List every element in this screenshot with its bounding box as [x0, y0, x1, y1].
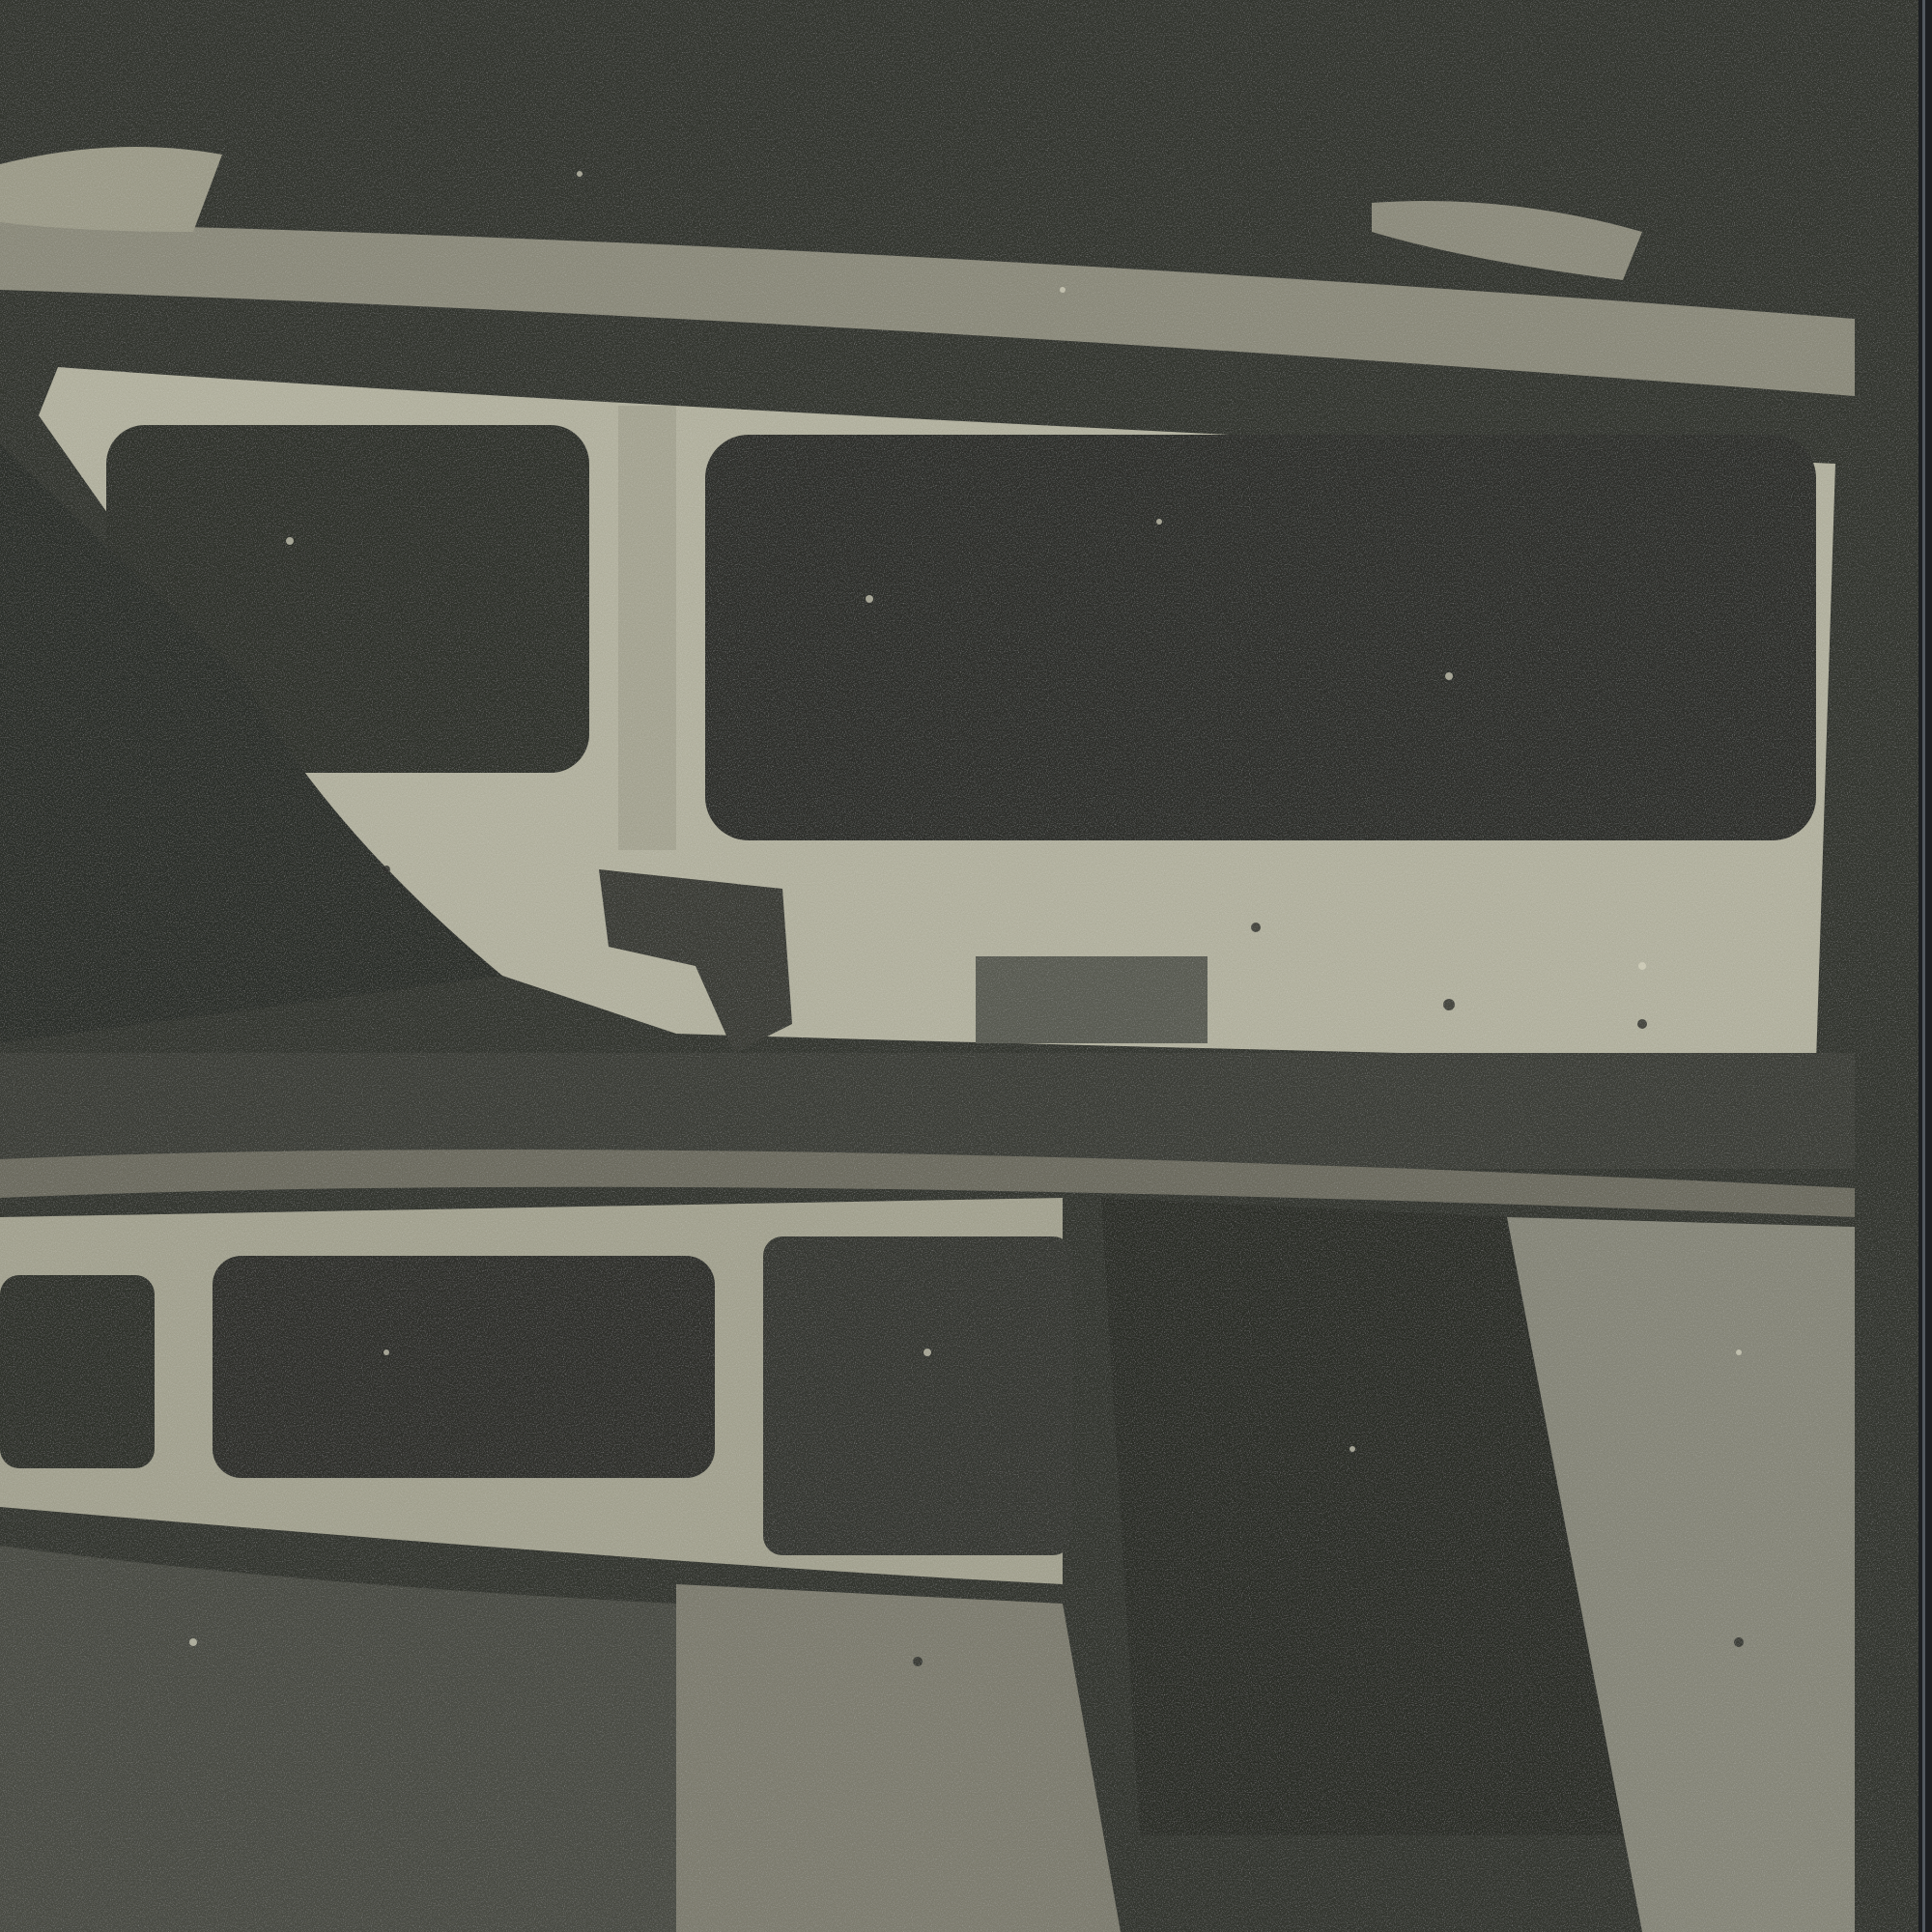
- photo-canvas: [0, 0, 1932, 1932]
- tram-photo: [0, 0, 1932, 1932]
